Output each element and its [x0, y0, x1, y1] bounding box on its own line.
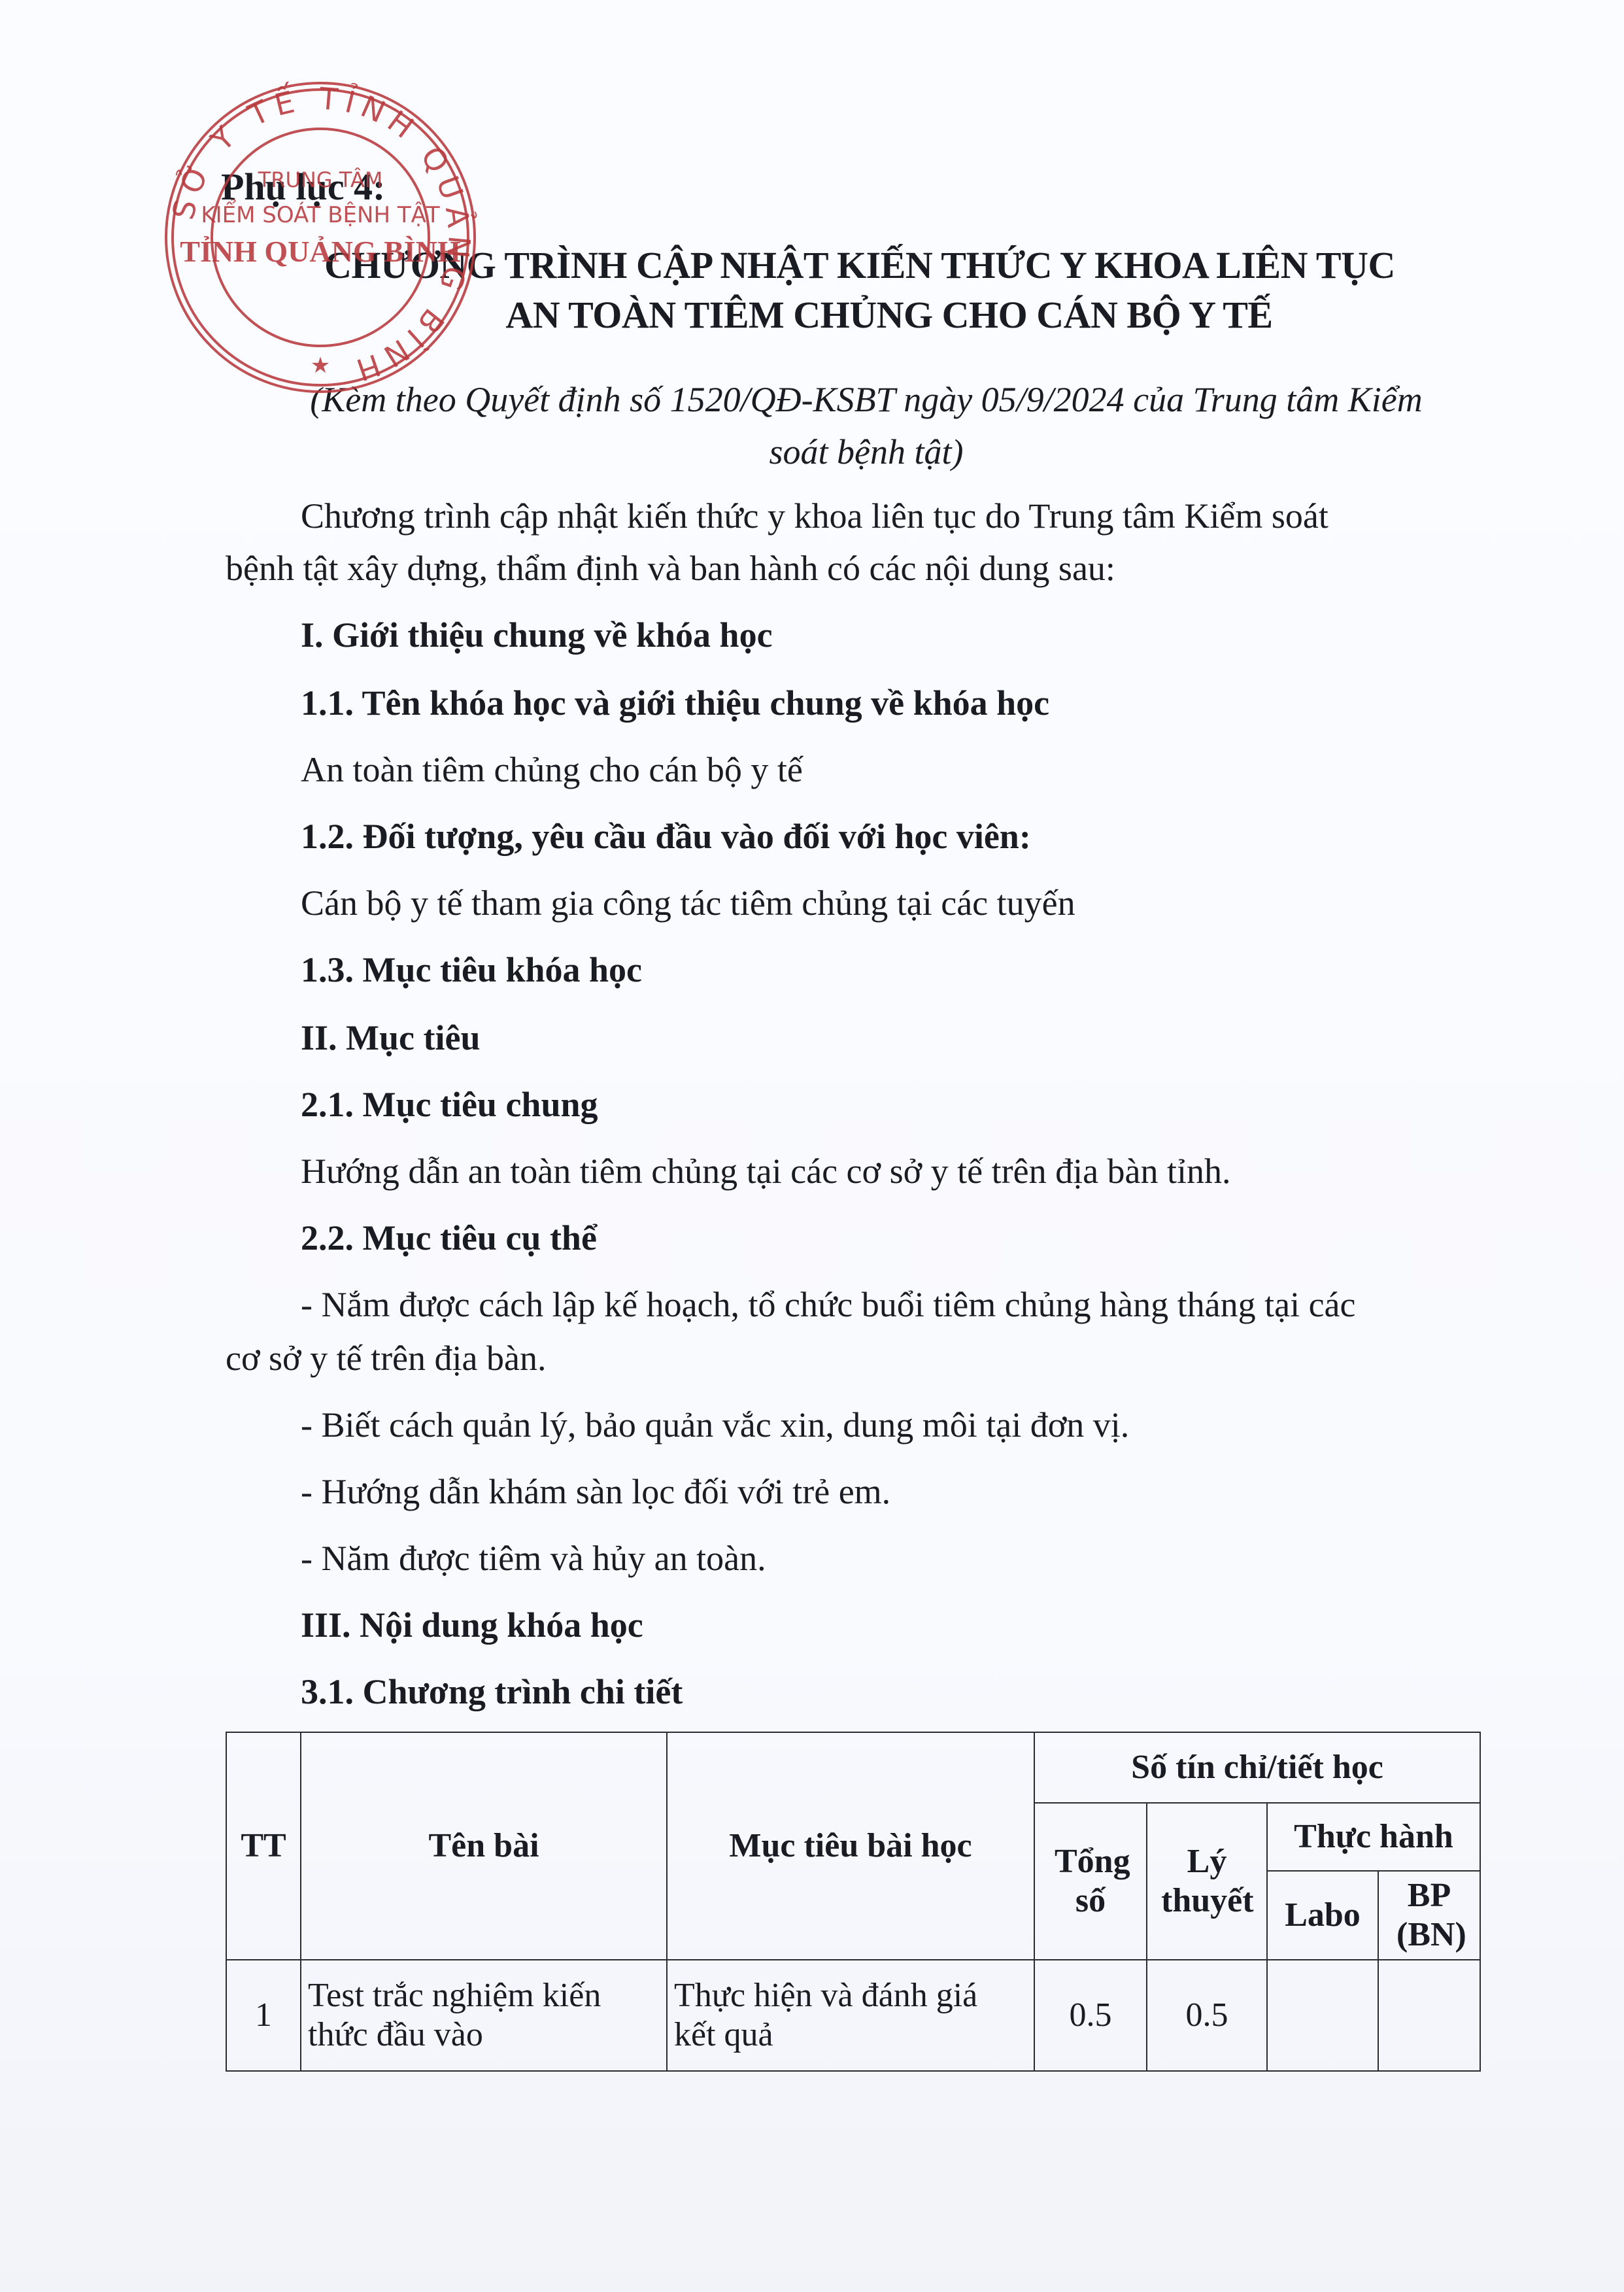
stamp-ring-text: SỞ Y TẾ TỈNH QUẢNG BÌNH [165, 79, 479, 390]
intro-paragraph-line-1: Chương trình cập nhật kiến thức y khoa l… [301, 496, 1328, 536]
specific-objective-3: - Hướng dẫn khám sàn lọc đối với trẻ em. [301, 1471, 890, 1512]
header-total: Tổng số [1034, 1803, 1147, 1960]
header-total-text: Tổng số [1055, 1842, 1126, 1921]
specific-objective-4: - Năm được tiêm và hủy an toàn. [301, 1538, 766, 1579]
section-heading-1-2: 1.2. Đối tượng, yêu cầu đầu vào đối với … [301, 816, 1031, 857]
decision-reference-line-2: soát bệnh tật) [222, 432, 1510, 472]
cell-bp [1378, 1960, 1480, 2071]
specific-objective-1-line-1: - Nắm được cách lập kế hoạch, tổ chức bu… [301, 1284, 1356, 1325]
header-lesson-objective: Mục tiêu bài học [667, 1732, 1034, 1960]
header-theory: Lý thuyết [1147, 1803, 1267, 1960]
cell-tt: 1 [226, 1960, 301, 2071]
official-seal-stamp: SỞ Y TẾ TỈNH QUẢNG BÌNH ★ TRUNG TÂM KIỂM… [160, 77, 481, 398]
header-lesson-name: Tên bài [301, 1732, 667, 1960]
specific-objective-2: - Biết cách quản lý, bảo quản vắc xin, d… [301, 1405, 1129, 1445]
cell-lesson-name: Test trắc nghiệm kiến thức đầu vào [301, 1960, 667, 2071]
general-objective-text: Hướng dẫn an toàn tiêm chủng tại các cơ … [301, 1151, 1231, 1191]
header-practice-group: Thực hành [1267, 1803, 1480, 1871]
document-title-line-2: AN TOÀN TIÊM CHỦNG CHO CÁN BỘ Y TẾ [281, 293, 1438, 337]
section-heading-3: III. Nội dung khóa học [301, 1605, 643, 1645]
course-name-text: An toàn tiêm chủng cho cán bộ y tế [301, 749, 803, 790]
document-page: Phụ lục 4: CHƯƠNG TRÌNH CẬP NHẬT KIẾN TH… [0, 0, 1624, 2292]
section-heading-2-2: 2.2. Mục tiêu cụ thể [301, 1218, 597, 1258]
header-credits-group: Số tín chỉ/tiết học [1034, 1732, 1480, 1803]
star-icon: ★ [311, 354, 330, 378]
section-heading-3-1: 3.1. Chương trình chi tiết [301, 1671, 683, 1712]
section-heading-1: I. Giới thiệu chung về khóa học [301, 615, 773, 655]
section-heading-2-1: 2.1. Mục tiêu chung [301, 1084, 598, 1125]
cell-labo [1267, 1960, 1378, 2071]
document-title-line-1: CHƯƠNG TRÌNH CẬP NHẬT KIẾN THỨC Y KHOA L… [281, 243, 1438, 287]
section-heading-1-3: 1.3. Mục tiêu khóa học [301, 949, 642, 990]
target-audience-text: Cán bộ y tế tham gia công tác tiêm chủng… [301, 883, 1075, 923]
header-theory-text: Lý thuyết [1161, 1842, 1253, 1921]
intro-paragraph-line-2: bệnh tật xây dựng, thẩm định và ban hành… [226, 548, 1115, 589]
decision-reference-line-1: (Kèm theo Quyết định số 1520/QĐ-KSBT ngà… [222, 379, 1510, 420]
cell-total: 0.5 [1034, 1960, 1147, 2071]
specific-objective-1-line-2: cơ sở y tế trên địa bàn. [226, 1338, 546, 1378]
seal-icon: SỞ Y TẾ TỈNH QUẢNG BÌNH ★ TRUNG TÂM KIỂM… [160, 77, 481, 398]
header-labo: Labo [1267, 1871, 1378, 1960]
header-tt: TT [226, 1732, 301, 1960]
cell-theory: 0.5 [1147, 1960, 1267, 2071]
table-row: 1 Test trắc nghiệm kiến thức đầu vào Thự… [226, 1960, 1480, 2071]
header-bp-text: BP (BN) [1396, 1876, 1462, 1955]
cell-lesson-objective: Thực hiện và đánh giá kết quả [667, 1960, 1034, 2071]
section-heading-1-1: 1.1. Tên khóa học và giới thiệu chung về… [301, 683, 1049, 723]
section-heading-2: II. Mục tiêu [301, 1018, 480, 1058]
appendix-label: Phụ lục 4: [221, 165, 385, 209]
header-bp: BP (BN) [1378, 1871, 1480, 1960]
svg-text:SỞ Y TẾ TỈNH QUẢNG BÌNH: SỞ Y TẾ TỈNH QUẢNG BÌNH [165, 79, 479, 390]
detailed-program-table: TT Tên bài Mục tiêu bài học Số tín chỉ/t… [226, 1732, 1481, 2072]
